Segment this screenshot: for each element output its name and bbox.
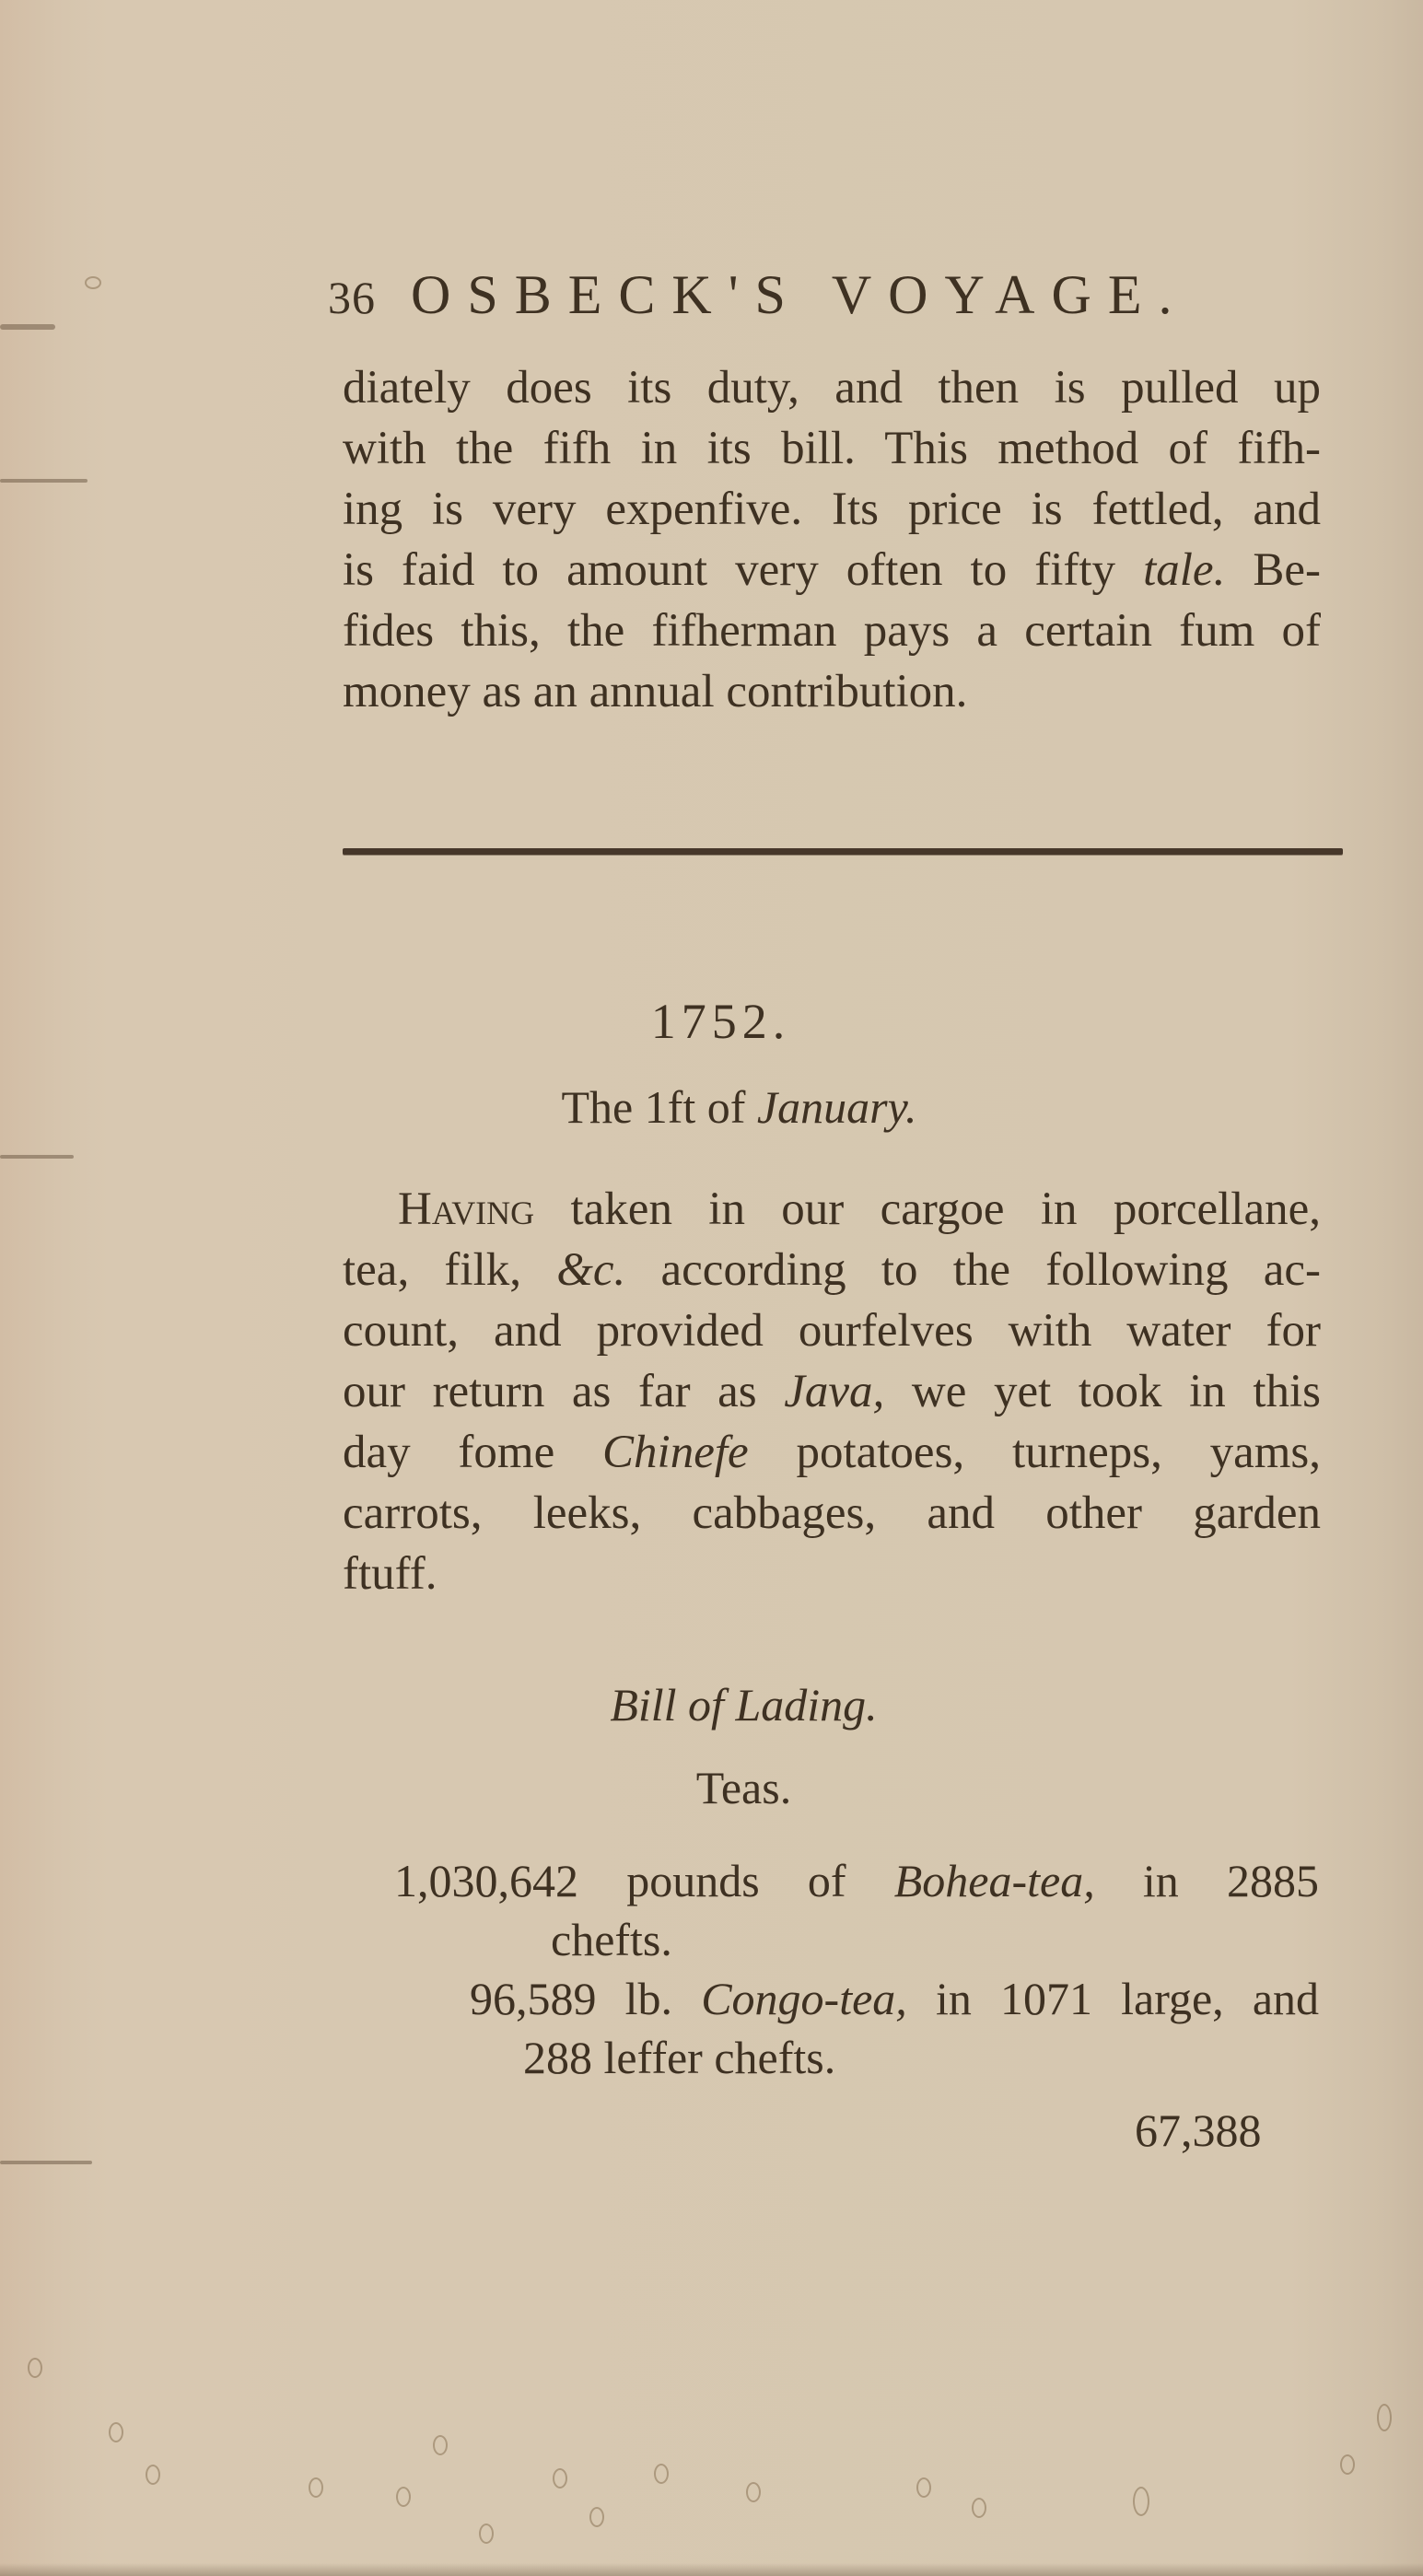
italic-chinese: Chinefe (602, 1427, 749, 1478)
italic-etc: &c. (556, 1244, 625, 1296)
item-quantity: 96,589 lb. (470, 1973, 672, 2024)
text-fragment: our return as far as (343, 1366, 757, 1417)
paragraph-cargo: Having taken in our cargoe in porcellane… (343, 1179, 1321, 1604)
paper-blemish (85, 276, 101, 289)
paper-blemish (654, 2464, 669, 2484)
lading-item-congo-continuation: 288 leffer chefts. (523, 2028, 835, 2087)
paper-blemish (972, 2498, 986, 2518)
page-number: 36 (328, 271, 376, 324)
text-fragment: according to the following ac- (661, 1244, 1322, 1296)
text-fragment: tea, filk, (343, 1244, 521, 1296)
text-fragment: taken in our cargoe in porcellane, (534, 1183, 1321, 1235)
paper-blemish (589, 2507, 604, 2527)
text-line: with the fifh in its bill. This method o… (343, 418, 1321, 479)
italic-word-tale: tale. (1143, 544, 1225, 596)
section-date: The 1ft of January. (0, 1080, 1423, 1134)
lading-item-congo: 96,589 lb. Congo-tea, in 1071 large, and (470, 1969, 1319, 2030)
running-head-title: OSBECK'S VOYAGE. (411, 263, 1188, 327)
paper-blemish (309, 2477, 323, 2498)
text-line: money as an annual contribution. (343, 661, 1321, 722)
item-detail: in 1071 large, and (936, 1973, 1319, 2024)
paper-blemish (916, 2477, 931, 2498)
paper-blemish (1133, 2487, 1149, 2516)
item-quantity: 1,030,642 pounds of (394, 1855, 846, 1906)
dropword: Having (398, 1183, 534, 1235)
text-line: fides this, the fifherman pays a certain… (343, 600, 1321, 661)
bill-of-lading-title: Bill of Lading. (0, 1678, 1423, 1731)
italic-java: Java, (784, 1366, 884, 1417)
paper-blemish (396, 2487, 411, 2507)
text-line: carrots, leeks, cabbages, and other gard… (343, 1483, 1321, 1544)
book-page: 36OSBECK'S VOYAGE. diately does its duty… (0, 0, 1423, 2576)
item-tea-type: Congo-tea, (701, 1973, 907, 2024)
text-line: is faid to amount very often to fifty ta… (343, 540, 1321, 600)
text-fragment: we yet took in this (912, 1366, 1321, 1417)
text-line: ftuff. (343, 1544, 1321, 1604)
text-line: day fome Chinefe potatoes, turneps, yams… (343, 1422, 1321, 1483)
section-year: 1752. (0, 993, 1423, 1050)
paper-blemish (109, 2422, 123, 2442)
item-tea-type: Bohea-tea, (894, 1855, 1095, 1906)
text-line: Having taken in our cargoe in porcellane… (343, 1179, 1321, 1240)
item-detail: in 2885 (1143, 1855, 1319, 1906)
date-month: January. (757, 1081, 917, 1133)
text-line: tea, filk, &c. according to the followin… (343, 1240, 1321, 1300)
text-fragment: day fome (343, 1427, 554, 1478)
paper-blemish (146, 2465, 160, 2485)
lading-item-bohea-continuation: chefts. (551, 1910, 672, 1969)
running-head: 36OSBECK'S VOYAGE. (328, 263, 1341, 328)
text-line: our return as far as Java, we yet took i… (343, 1361, 1321, 1422)
paper-blemish (553, 2468, 567, 2489)
lading-item-bohea: 1,030,642 pounds of Bohea-tea, in 2885 (394, 1851, 1319, 1912)
text-line: diately does its duty, and then is pulle… (343, 357, 1321, 418)
text-fragment: Be- (1253, 544, 1321, 596)
paper-blemish (1377, 2404, 1392, 2431)
edge-stain (0, 479, 87, 483)
teas-heading: Teas. (0, 1761, 1423, 1814)
paper-blemish (479, 2524, 494, 2544)
edge-stain (0, 324, 55, 330)
running-total: 67,388 (1135, 2104, 1262, 2157)
text-fragment: is faid to amount very often to fifty (343, 544, 1115, 596)
paper-blemish (28, 2358, 42, 2378)
date-prefix: The 1ft of (561, 1081, 756, 1133)
text-fragment: potatoes, turneps, yams, (796, 1427, 1321, 1478)
text-line: count, and provided ourfelves with water… (343, 1300, 1321, 1361)
section-divider-rule (343, 848, 1343, 855)
edge-stain (0, 2161, 92, 2164)
paper-blemish (433, 2435, 448, 2455)
edge-stain (0, 1155, 74, 1159)
paper-blemish (1340, 2454, 1355, 2475)
paragraph-fishing: diately does its duty, and then is pulle… (343, 357, 1321, 722)
text-line: ing is very expenfive. Its price is fett… (343, 479, 1321, 540)
paper-blemish (746, 2482, 761, 2502)
